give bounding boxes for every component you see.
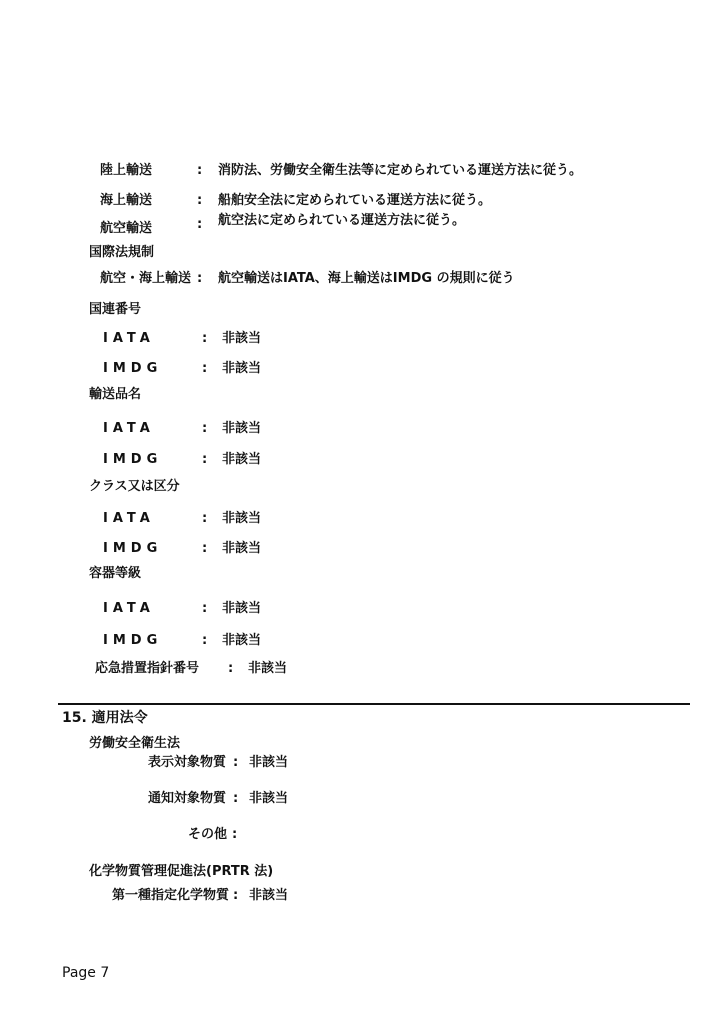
field-label: その他 bbox=[188, 827, 227, 842]
field-value: 非該当 bbox=[222, 541, 261, 556]
field-colon: : bbox=[197, 217, 202, 232]
field-label: 航空・海上輸送 bbox=[100, 271, 191, 286]
field-value: 非該当 bbox=[249, 888, 288, 903]
group-heading: 国連番号 bbox=[89, 302, 141, 317]
field-colon: : bbox=[228, 661, 233, 676]
field-label: IMDG bbox=[103, 633, 162, 648]
field-colon: : bbox=[233, 888, 238, 903]
field-colon: : bbox=[202, 633, 207, 648]
field-label: 表示対象物質 bbox=[148, 755, 226, 770]
field-label: IATA bbox=[103, 331, 155, 346]
field-colon: : bbox=[233, 791, 238, 806]
field-colon: : bbox=[202, 511, 207, 526]
group-heading: 容器等級 bbox=[89, 566, 141, 581]
field-colon: : bbox=[202, 331, 207, 346]
field-colon: : bbox=[202, 361, 207, 376]
field-label: 海上輸送 bbox=[100, 193, 152, 208]
field-value: 船舶安全法に定められている運送方法に従う。 bbox=[218, 193, 491, 208]
field-label: IATA bbox=[103, 511, 155, 526]
group-heading: クラス又は区分 bbox=[89, 479, 180, 494]
field-value: 非該当 bbox=[222, 331, 261, 346]
field-label: 第一種指定化学物質 bbox=[112, 888, 229, 903]
field-colon: : bbox=[197, 271, 202, 286]
field-value: 航空法に定められている運送方法に従う。 bbox=[218, 213, 465, 228]
field-colon: : bbox=[202, 541, 207, 556]
field-label: IMDG bbox=[103, 452, 162, 467]
field-value: 非該当 bbox=[222, 601, 261, 616]
field-colon: : bbox=[202, 452, 207, 467]
field-value: 航空輸送はIATA、海上輸送はIMDG の規則に従う bbox=[218, 271, 515, 286]
page-number: Page 7 bbox=[62, 966, 109, 981]
field-label: 航空輸送 bbox=[100, 221, 152, 236]
field-label: 通知対象物質 bbox=[148, 791, 226, 806]
group-heading: 化学物質管理促進法(PRTR 法) bbox=[89, 864, 273, 879]
field-value: 非該当 bbox=[222, 452, 261, 467]
group-heading: 労働安全衛生法 bbox=[89, 736, 180, 751]
document-page: 陸上輸送:消防法、労働安全衛生法等に定められている運送方法に従う。海上輸送:船舶… bbox=[0, 0, 723, 1024]
field-value: 非該当 bbox=[222, 511, 261, 526]
field-colon: : bbox=[202, 601, 207, 616]
field-colon: : bbox=[232, 827, 237, 842]
field-value: 非該当 bbox=[249, 755, 288, 770]
field-colon: : bbox=[197, 193, 202, 208]
field-value: 非該当 bbox=[222, 633, 261, 648]
group-heading: 国際法規制 bbox=[89, 245, 154, 260]
group-heading: 輸送品名 bbox=[89, 387, 141, 402]
field-value: 非該当 bbox=[249, 791, 288, 806]
field-label: 応急措置指針番号 bbox=[95, 661, 199, 676]
field-label: IMDG bbox=[103, 361, 162, 376]
field-value: 非該当 bbox=[222, 421, 261, 436]
field-label: IATA bbox=[103, 601, 155, 616]
field-colon: : bbox=[197, 163, 202, 178]
field-colon: : bbox=[202, 421, 207, 436]
field-value: 非該当 bbox=[222, 361, 261, 376]
section-divider bbox=[58, 703, 690, 705]
field-label: IMDG bbox=[103, 541, 162, 556]
field-colon: : bbox=[233, 755, 238, 770]
field-label: IATA bbox=[103, 421, 155, 436]
field-value: 消防法、労働安全衛生法等に定められている運送方法に従う。 bbox=[218, 163, 582, 178]
section-title: 15. 適用法令 bbox=[62, 711, 148, 726]
field-value: 非該当 bbox=[248, 661, 287, 676]
field-label: 陸上輸送 bbox=[100, 163, 152, 178]
